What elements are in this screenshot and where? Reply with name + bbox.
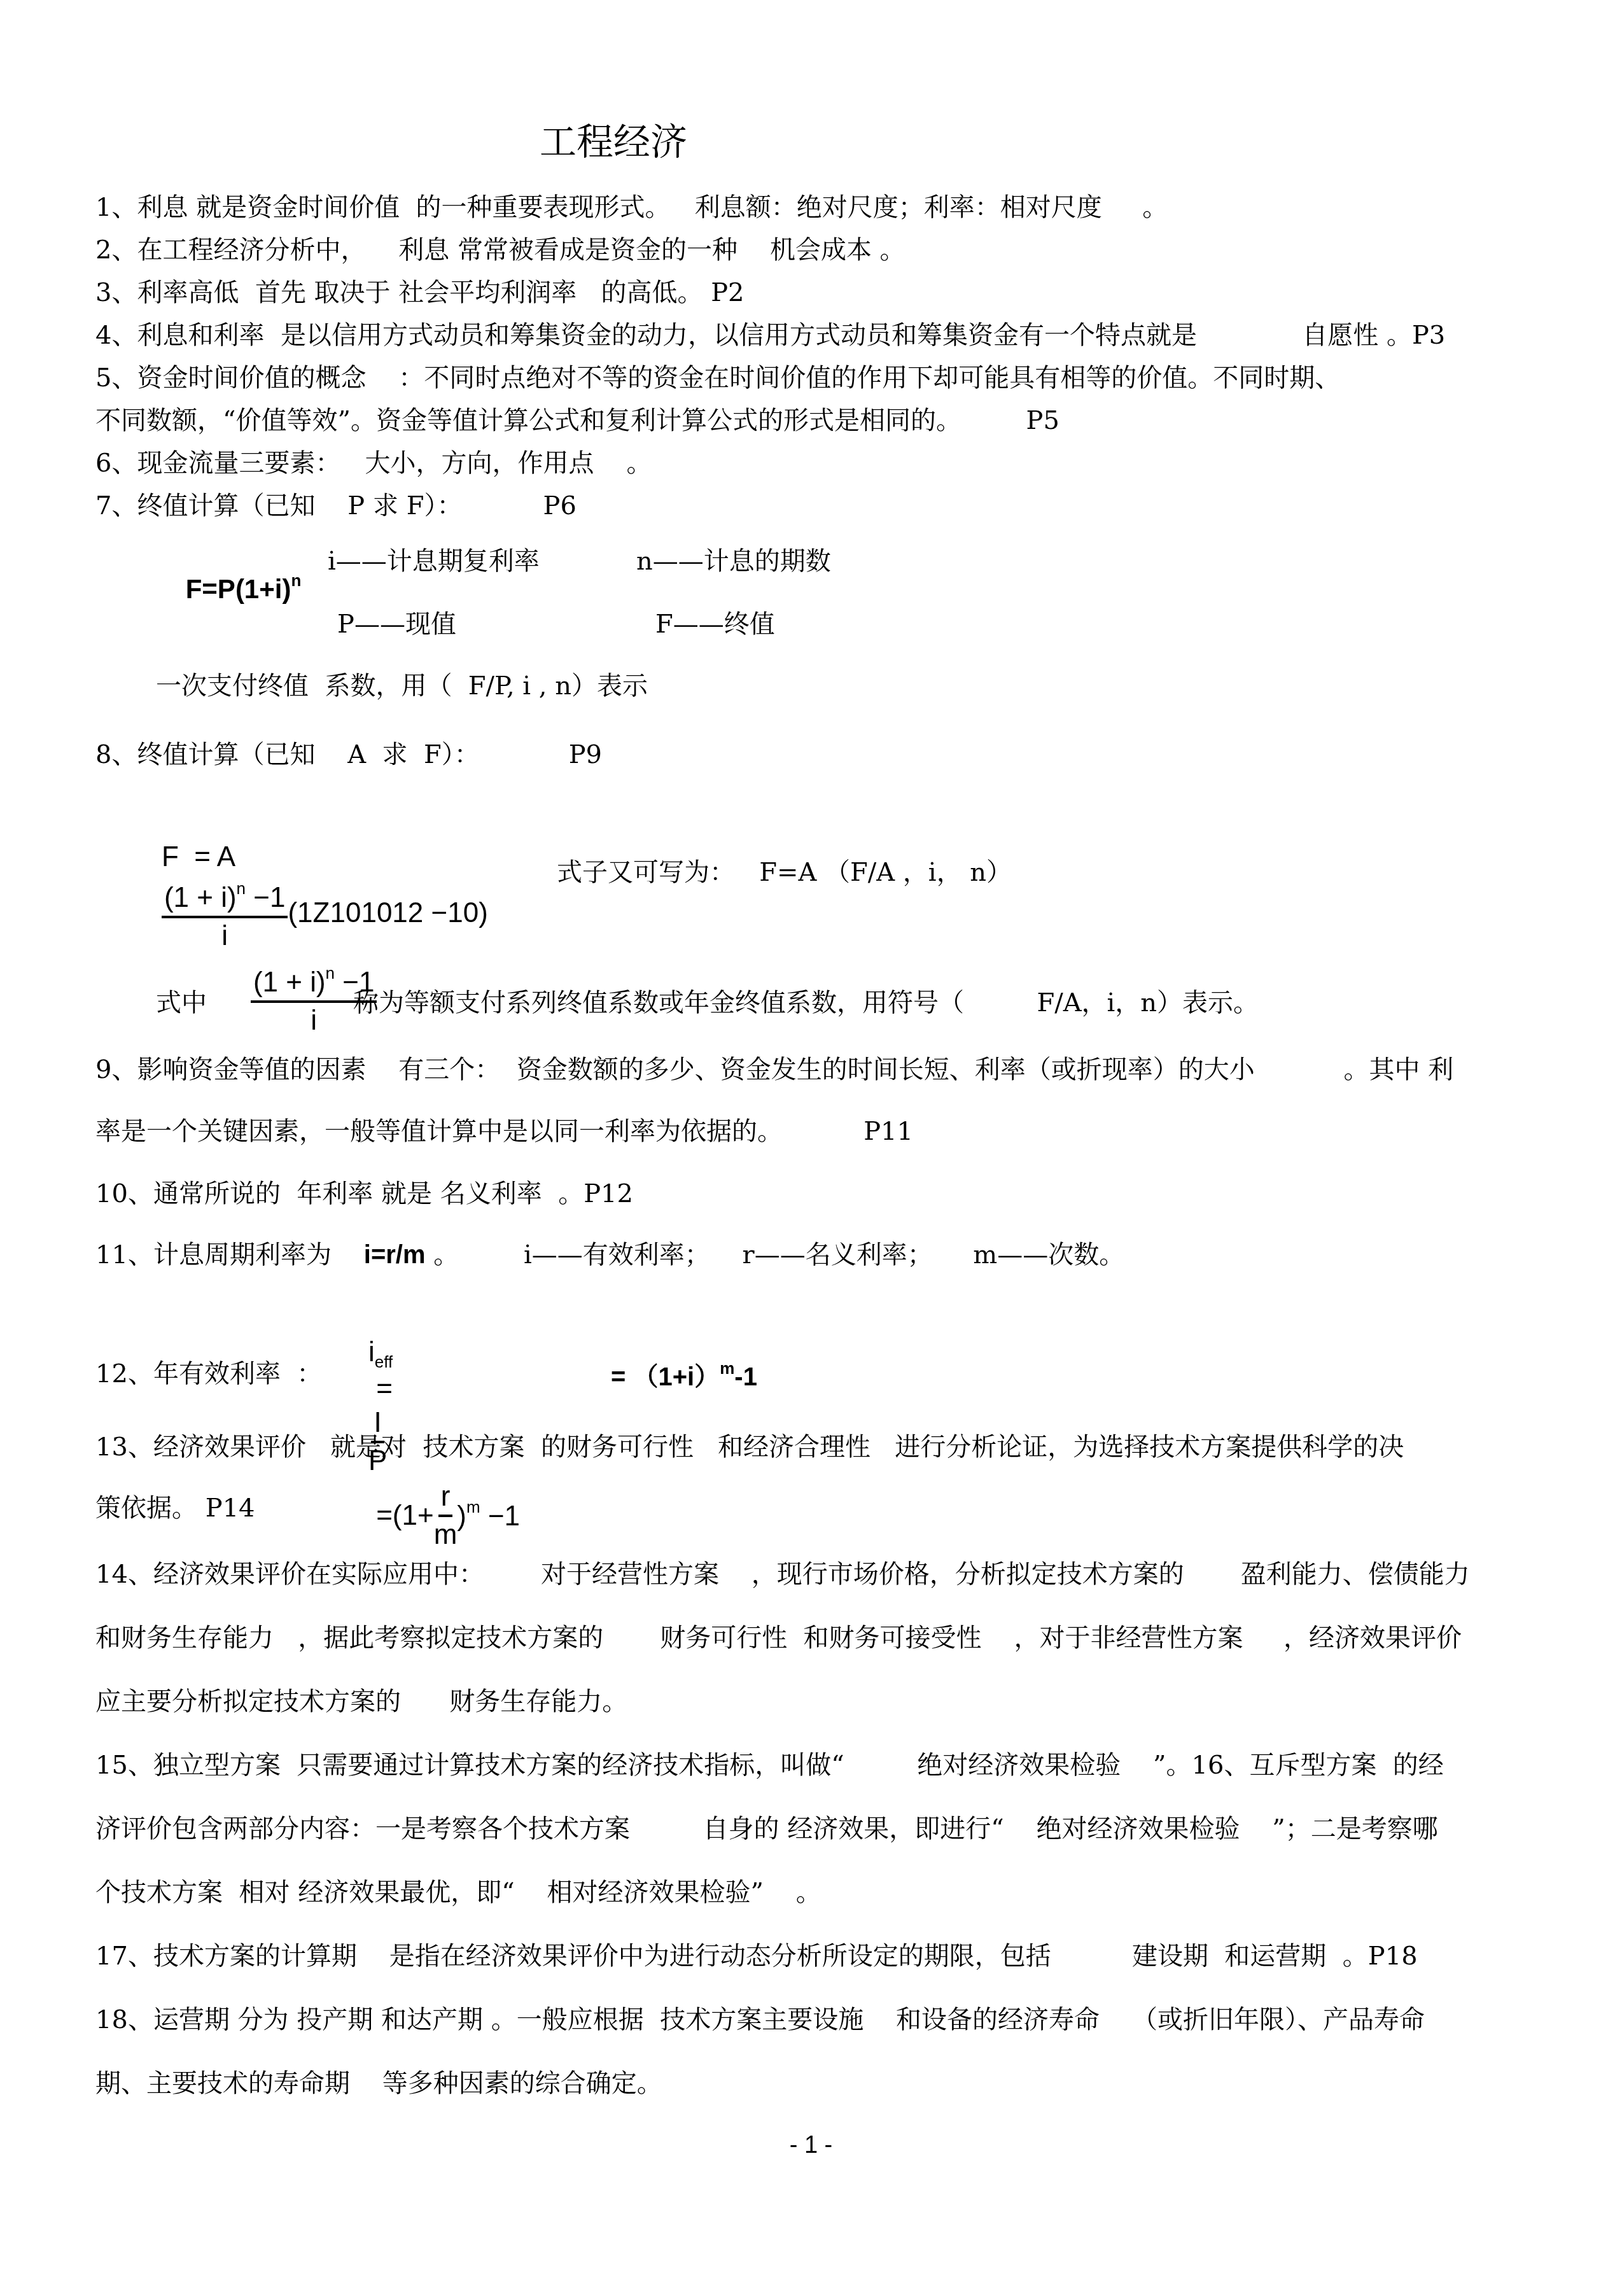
item-8-formula-lhs: F = A xyxy=(162,841,235,872)
item-7-def-n: n——计息的期数 xyxy=(636,545,831,578)
item-12-fraction-2: r m xyxy=(434,1479,458,1553)
item-5-line-1: 5、资金时间价值的概念 ：不同时点绝对不等的资金在时间价值的作用下却可能具有相等… xyxy=(95,361,1340,395)
item-7-def-p: P——现值 xyxy=(337,608,456,641)
item-2: 2、在工程经济分析中， 利息 常常被看成是资金的一种 机会成本 。 xyxy=(95,234,905,267)
item-7-formula-base: F=P(1+i) xyxy=(186,574,291,604)
item-7-formula: F=P(1+i)n xyxy=(156,543,301,635)
item-7: 7、终值计算（已知 P 求 F）： P6 xyxy=(95,489,577,522)
item-14-line-1: 14、经济效果评价在实际应用中： 对于经营性方案 ，现行市场价格，分析拟定技术方… xyxy=(95,1558,1470,1591)
item-7-def-f: F——终值 xyxy=(655,608,775,641)
item-8-alt-form: 式子又可写为： F=A （F/A ，i， n） xyxy=(557,856,1012,889)
item-12-result: = （1+i）m-1 xyxy=(611,1357,757,1393)
item-18-line-1: 18、运营期 分为 投产期 和达产期 。一般应根据 技术方案主要设施 和设备的经… xyxy=(95,2003,1425,2036)
item-13-line-2: 策依据。 P14 xyxy=(95,1492,255,1525)
document-page: 工程经济 1、利息 就是资金时间价值 的一种重要表现形式。 利息额：绝对尺度；利… xyxy=(0,0,1622,2296)
item-18-line-2: 期、主要技术的寿命期 等多种因素的综合确定。 xyxy=(95,2067,662,2100)
item-14-line-3: 应主要分析拟定技术方案的 财务生存能力。 xyxy=(95,1685,627,1718)
item-15-line-1: 15、独立型方案 只需要通过计算技术方案的经济技术指标，叫做“ 绝对经济效果检验… xyxy=(95,1749,1444,1782)
item-8-note-text: 称为等额支付系列终值系数或年金终值系数，用符号（ F/A，i，n）表示。 xyxy=(353,986,1259,1019)
item-9-line-1: 9、影响资金等值的因素 有三个： 资金数额的多少、资金发生的时间长短、利率（或折… xyxy=(95,1053,1453,1086)
item-7-formula-exponent: n xyxy=(291,571,301,590)
item-8-note-prefix: 式中 xyxy=(156,986,207,1019)
item-7-note: 一次支付终值 系数，用（ F/P, i , n）表示 xyxy=(156,669,648,703)
item-7-def-i: i——计息期复利率 xyxy=(328,545,540,578)
page-title: 工程经济 xyxy=(540,120,687,164)
item-3: 3、利率高低 首先 取决于 社会平均利润率 的高低。 P2 xyxy=(95,276,745,309)
item-12-label: 12、年有效利率 ： xyxy=(95,1357,322,1390)
item-8-note-denominator: i xyxy=(311,1003,317,1039)
item-5-line-2: 不同数额，“价值等效”。资金等值计算公式和复利计算公式的形式是相同的。 P5 xyxy=(95,404,1059,437)
item-1: 1、利息 就是资金时间价值 的一种重要表现形式。 利息额：绝对尺度；利率：相对尺… xyxy=(95,191,1168,224)
item-15-line-2: 济评价包含两部分内容：一是考察各个技术方案 自身的 经济效果，即进行“ 绝对经济… xyxy=(95,1812,1438,1845)
item-8-fraction-numerator: (1 + i)n −1 xyxy=(162,873,288,918)
item-9-line-2: 率是一个关键因素，一般等值计算中是以同一利率为依据的。 P11 xyxy=(95,1115,913,1148)
item-10: 10、通常所说的 年利率 就是 名义利率 。P12 xyxy=(95,1177,633,1210)
item-13-line-1: 13、经济效果评价 就是对 技术方案 的财务可行性 和经济合理性 进行分析论证，… xyxy=(95,1431,1404,1464)
item-8: 8、终值计算（已知 A 求 F）： P9 xyxy=(95,738,602,771)
item-15-line-3: 个技术方案 相对 经济效果最优，即“ 相对经济效果检验” 。 xyxy=(95,1876,821,1909)
item-17: 17、技术方案的计算期 是指在经济效果评价中为进行动态分析所设定的期限，包括 建… xyxy=(95,1940,1418,1973)
item-4: 4、利息和利率 是以信用方式动员和筹集资金的动力，以信用方式动员和筹集资金有一个… xyxy=(95,319,1445,352)
item-11: 11、计息周期利率为 i=r/m 。 i——有效利率； r——名义利率； m——… xyxy=(95,1238,1124,1271)
item-14-line-2: 和财务生存能力 ，据此考察拟定技术方案的 财务可行性 和财务可接受性 ，对于非经… xyxy=(95,1621,1462,1655)
page-number: - 1 - xyxy=(0,2132,1622,2159)
item-11-formula: i=r/m xyxy=(364,1241,426,1269)
item-6: 6、现金流量三要素： 大小，方向，作用点 。 xyxy=(95,447,652,480)
item-8-formula-ref: (1Z101012 −10) xyxy=(288,898,487,929)
